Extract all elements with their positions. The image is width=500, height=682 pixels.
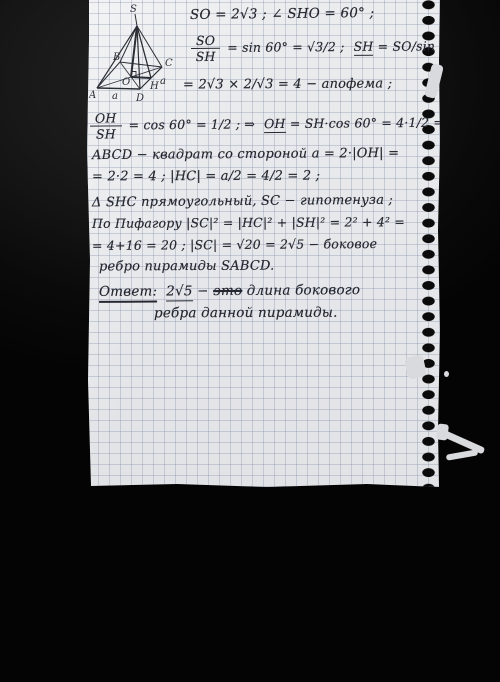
fraction-so-sh: SOSH bbox=[191, 34, 220, 63]
answer-label: Ответ: bbox=[99, 284, 157, 303]
solution-line-1: SO = 2√3 ; ∠ SHO = 60° ; bbox=[190, 5, 374, 23]
answer-line-2: ребра данной пирамиды. bbox=[154, 305, 338, 322]
solution-line-2: SOSH= sin 60° = √3/2 ;SH = SO/sin 60° = bbox=[191, 32, 477, 63]
torn-scrap bbox=[444, 371, 449, 377]
diagram-label-apex: S bbox=[130, 4, 137, 15]
solution-line-7: Δ SHC прямоугольный, SC − гипотенуза ; bbox=[92, 193, 393, 211]
diagram-label-c: C bbox=[165, 58, 173, 69]
answer-value: 2√5 bbox=[166, 283, 193, 301]
solution-line-6: = 2·2 = 4 ; |HC| = a/2 = 4/2 = 2 ; bbox=[92, 169, 320, 185]
solution-line-4: OHSH= cos 60° = 1/2 ; ⇒OH = SH·cos 60° =… bbox=[90, 108, 465, 141]
answer-line: Ответ:2√5 − это длина бокового bbox=[99, 282, 360, 300]
diagram-label-b: B bbox=[112, 52, 120, 63]
photo-background: S A B C D O H a a SO = 2√3 ; ∠ SHO = 60°… bbox=[0, 0, 500, 682]
torn-scrap bbox=[446, 449, 479, 460]
solution-line-3: = 2√3 × 2/√3 = 4 − апофема ; bbox=[183, 76, 392, 92]
diagram-label-d: D bbox=[135, 93, 144, 104]
diagram-label-a: A bbox=[89, 90, 96, 101]
solution-line-8: По Пифагору |SC|² = |HC|² + |SH|² = 2² +… bbox=[92, 214, 405, 231]
diagram-label-o: O bbox=[122, 77, 130, 88]
solution-line-10: ребро пирамиды SABCD. bbox=[99, 259, 275, 275]
diagram-label-side: a bbox=[112, 91, 118, 102]
solution-line-9: = 4+16 = 20 ; |SC| = √20 = 2√5 − боковое bbox=[92, 236, 377, 253]
diagram-label-h: H bbox=[149, 81, 159, 92]
notebook-page: S A B C D O H a a SO = 2√3 ; ∠ SHO = 60°… bbox=[87, 0, 440, 487]
diagram-label-half: a bbox=[160, 76, 166, 87]
solution-line-5: ABCD − квадрат со стороной a = 2·|OH| = bbox=[92, 146, 399, 163]
answer-struck-word: это bbox=[213, 283, 242, 299]
pyramid-diagram: S A B C D O H a a bbox=[89, 0, 193, 112]
torn-scrap bbox=[439, 429, 486, 455]
fraction-oh-sh: OHSH bbox=[90, 111, 122, 141]
